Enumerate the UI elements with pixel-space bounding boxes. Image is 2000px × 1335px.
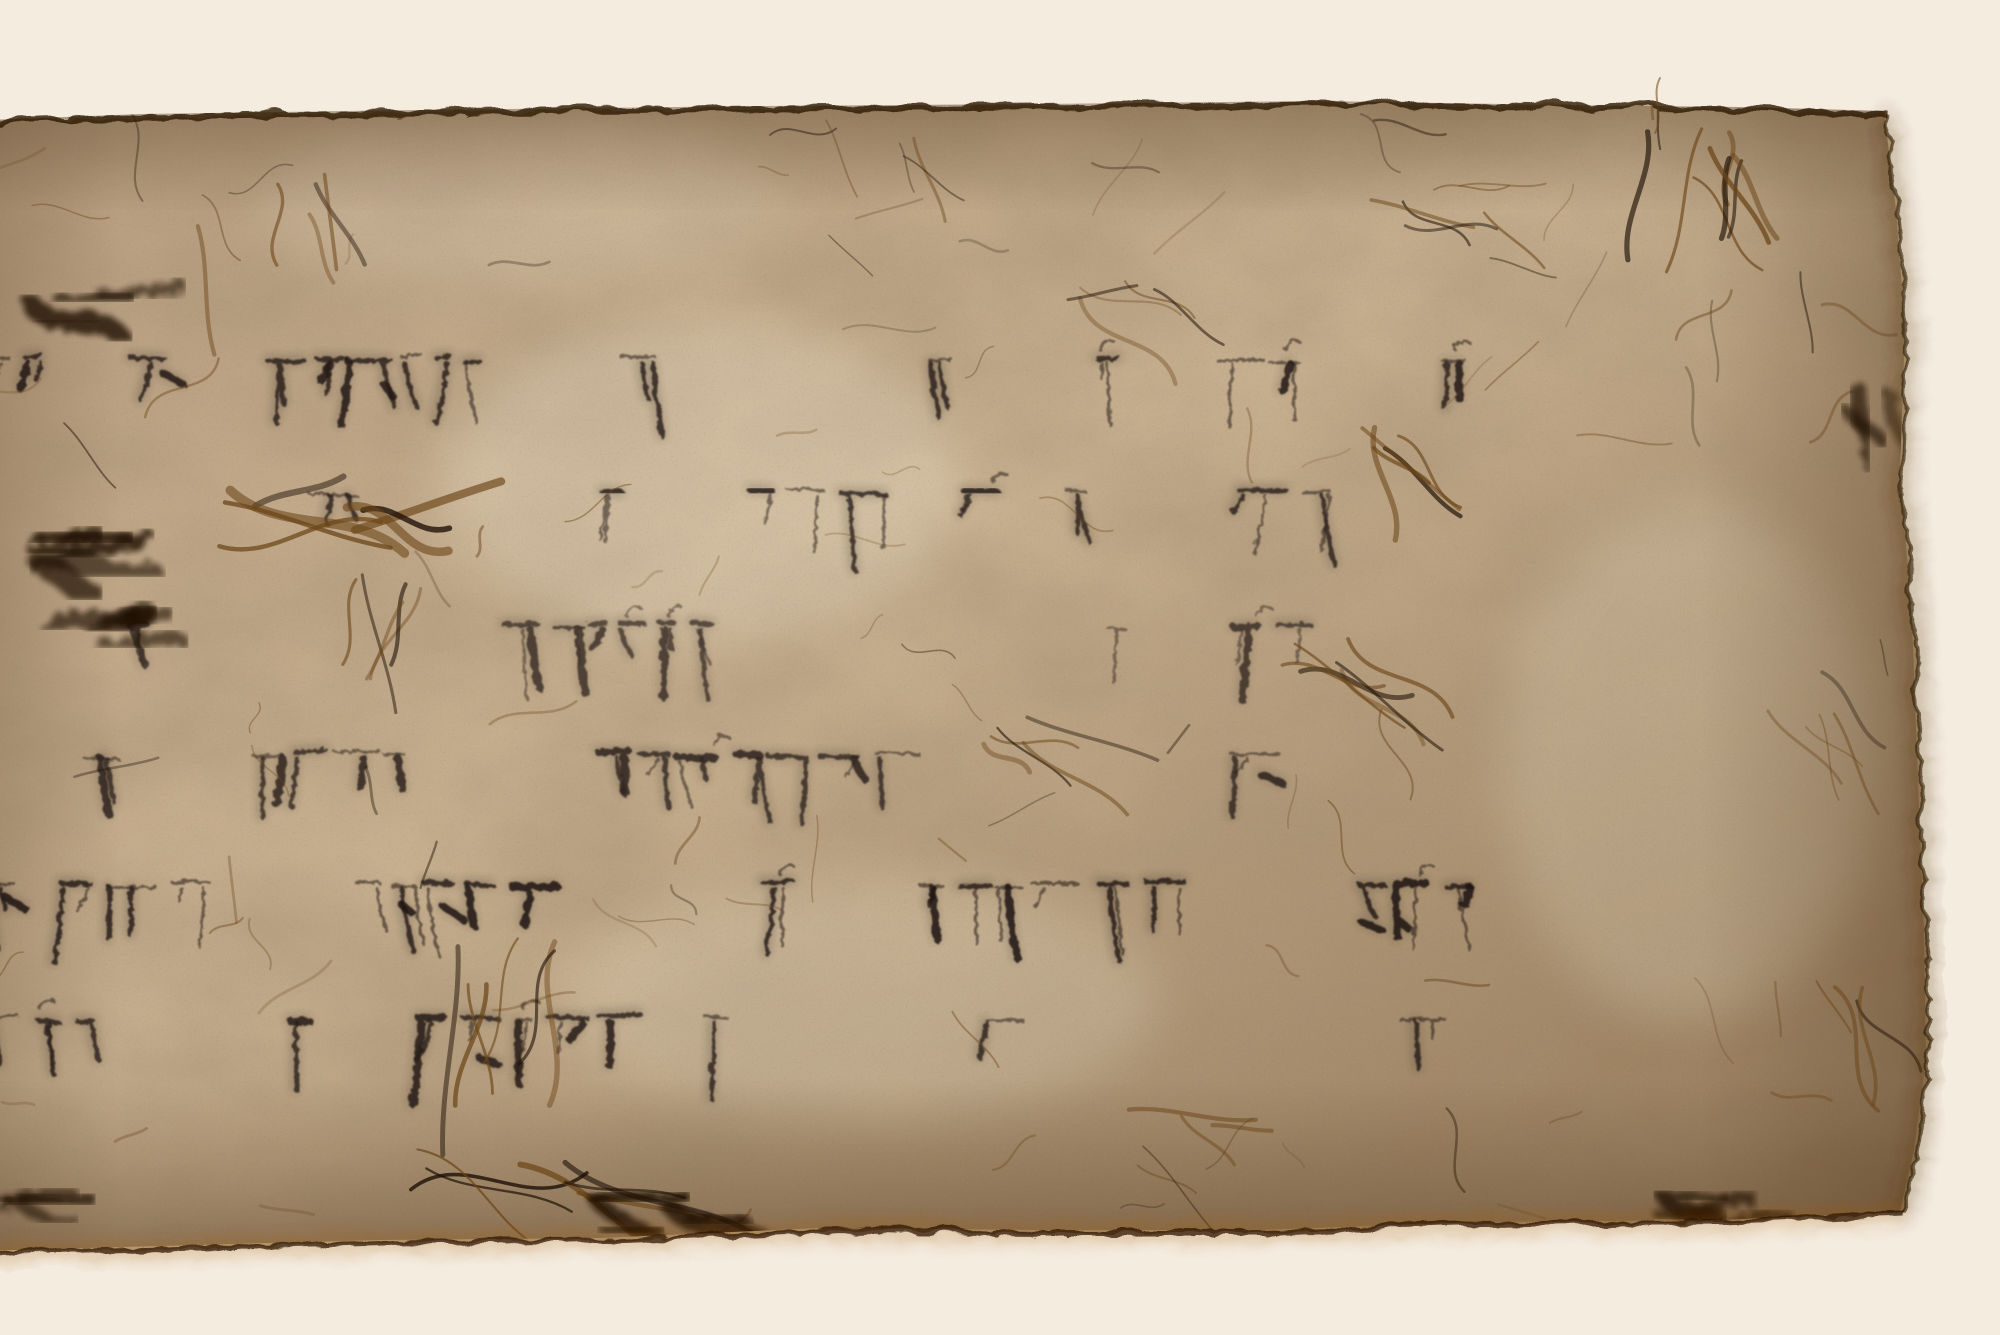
photo-canvas: Backlit photograph of a manuscript folio… [0, 0, 2000, 1335]
fiber-blob [98, 609, 162, 622]
paper-surface [0, 76, 2000, 1275]
manuscript-photograph [0, 0, 2000, 1335]
fiber-blob [14, 1195, 85, 1203]
fiber-strand [2, 1102, 34, 1105]
fiber-blob [56, 294, 124, 301]
fiber-blob [599, 1193, 678, 1200]
